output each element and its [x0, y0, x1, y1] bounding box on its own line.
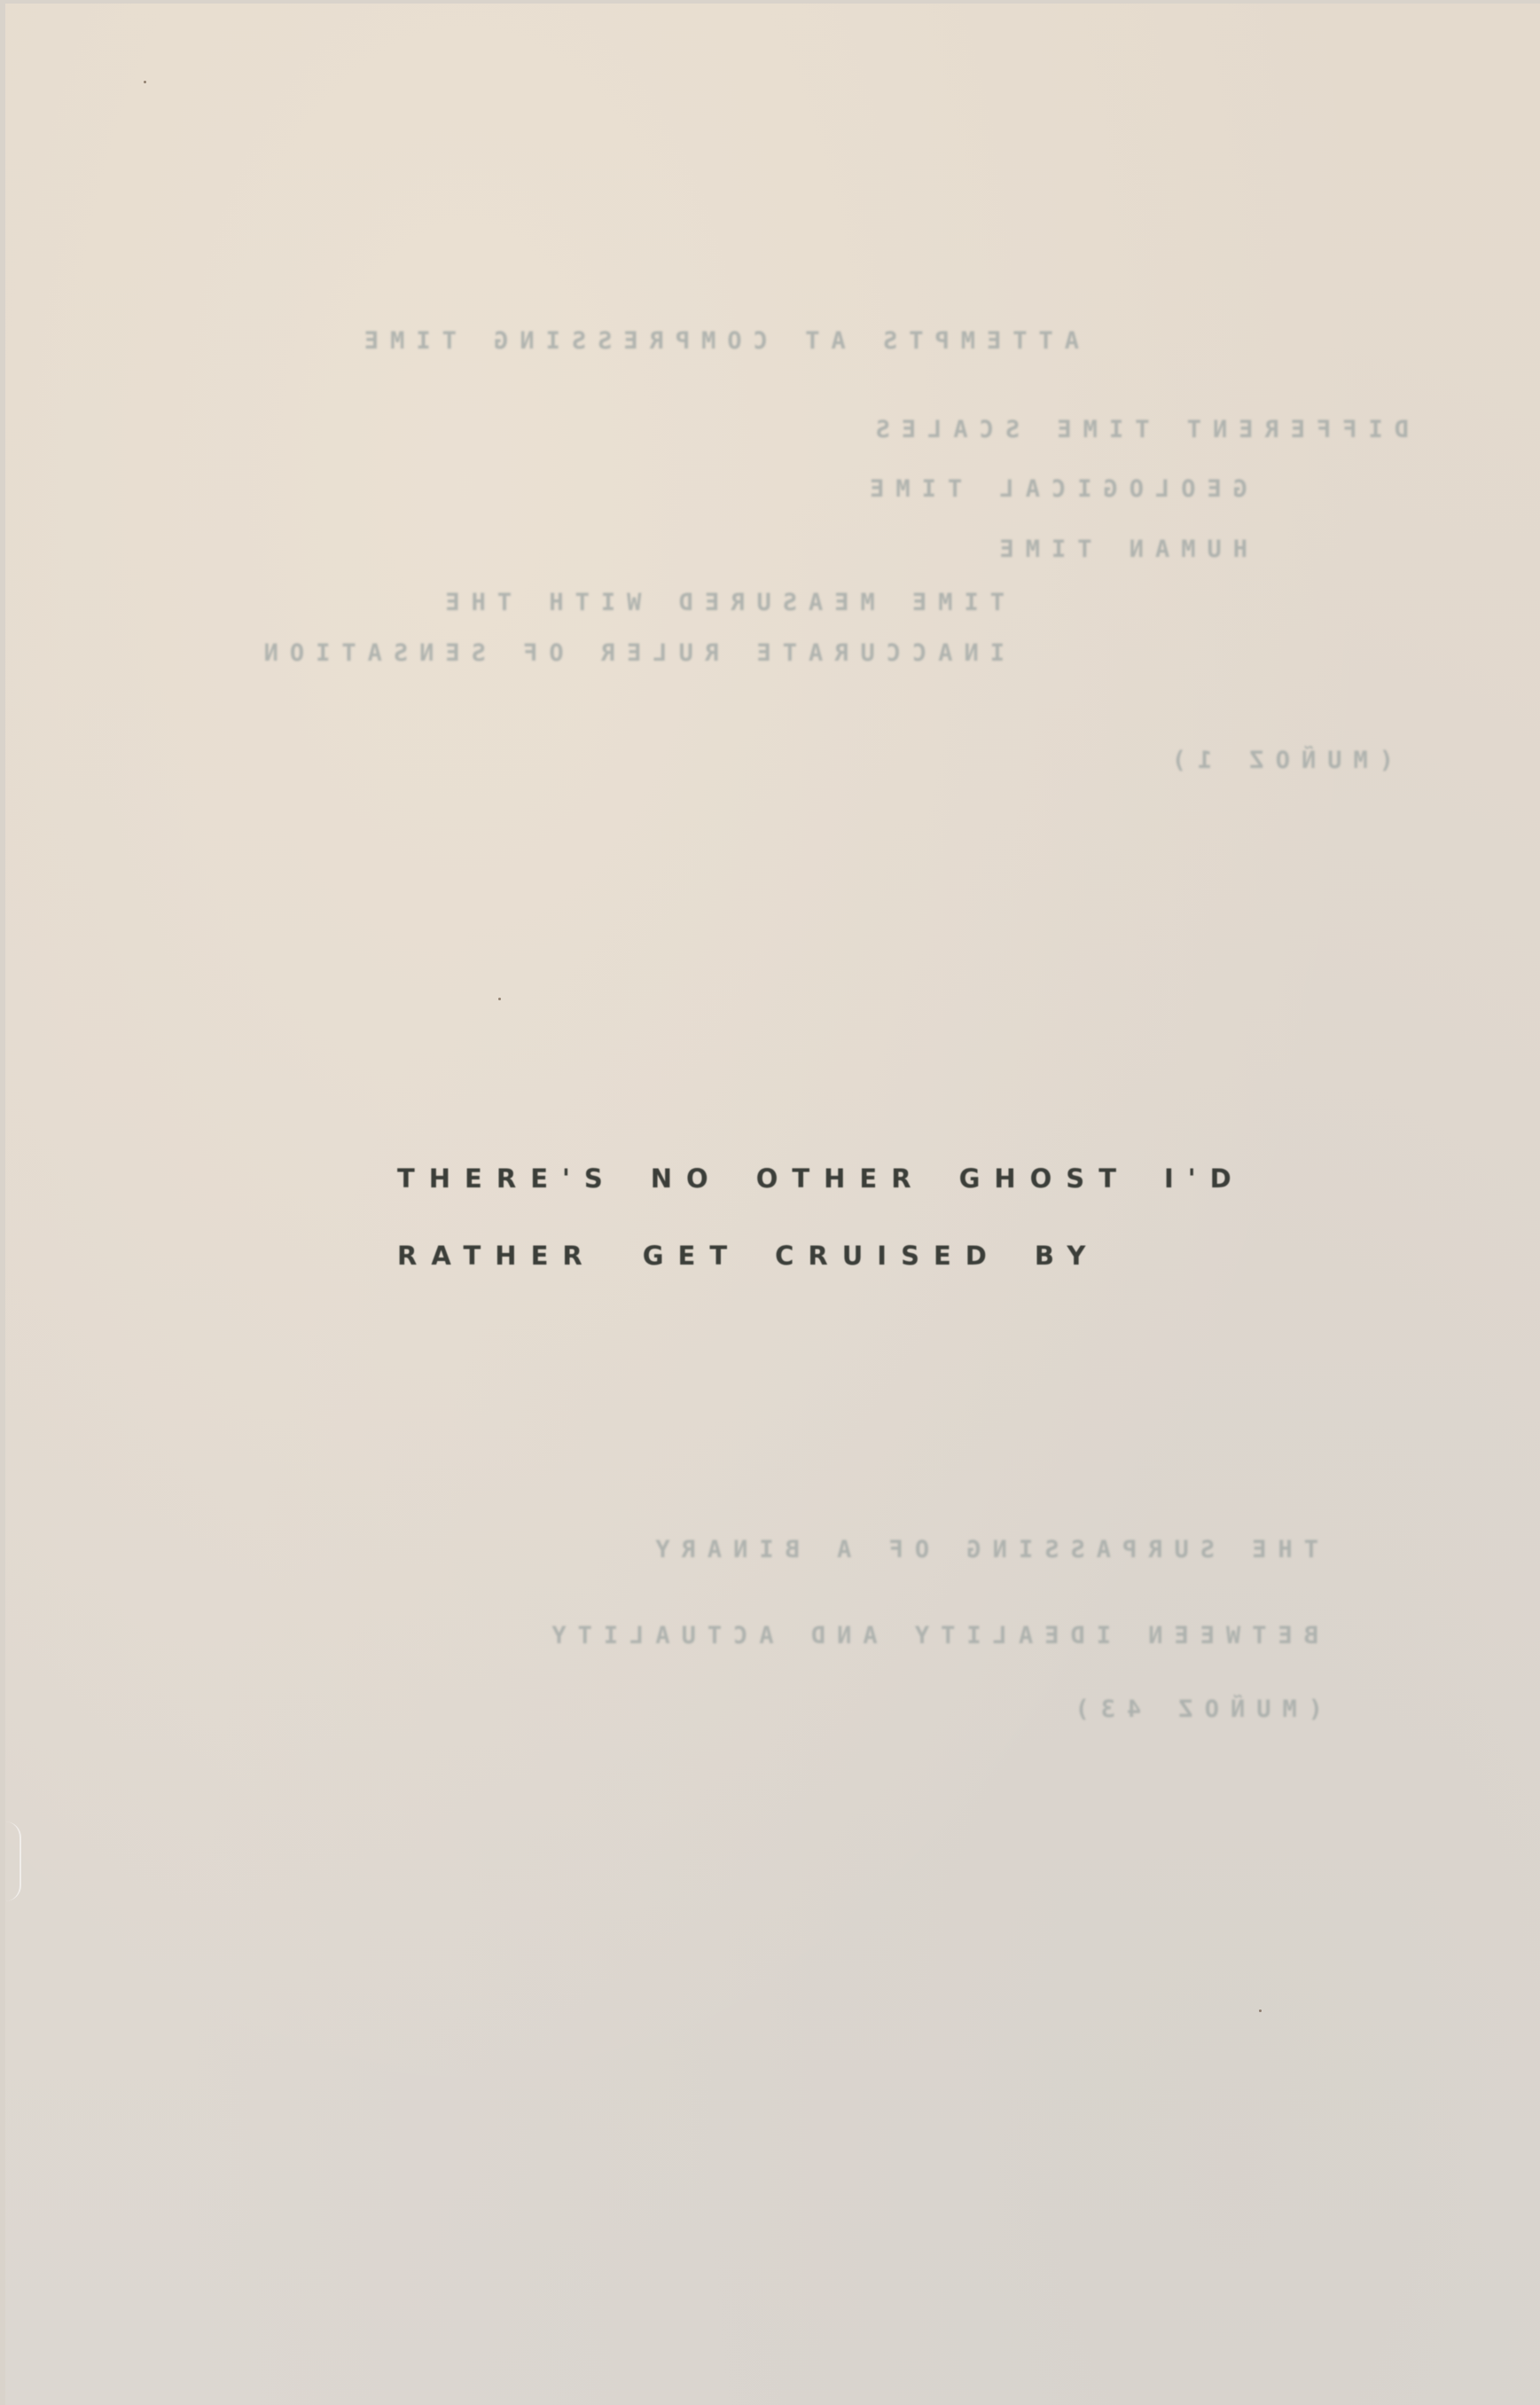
bleed-citation: (MUÑOZ 1)	[1161, 747, 1394, 774]
word: GHOST	[959, 1163, 1130, 1194]
bleed-line: INACCURATE RULER OF SENSATION	[253, 639, 1005, 667]
bleed-citation: (MUÑOZ 43)	[1063, 1696, 1323, 1723]
bleed-line: BETWEEN IDEALITY AND ACTUALITY	[254, 1622, 1318, 1649]
word: OTHER	[756, 1163, 926, 1194]
statement-line-1: THERE'SNOOTHERGHOSTI'D	[397, 1163, 1279, 1194]
statement-line-2: RATHERGETCRUISEDBY	[397, 1241, 1133, 1271]
word: RATHER	[397, 1241, 597, 1271]
bleed-line: THE SURPASSING OF A BINARY	[644, 1536, 1318, 1563]
bleed-line: TIME MEASURED WITH THE	[434, 589, 1005, 616]
bleed-title: ATTEMPTS AT COMPRESSING TIME	[353, 327, 1079, 355]
word: CRUISED	[775, 1241, 1001, 1271]
word: BY	[1035, 1241, 1100, 1271]
word: GET	[643, 1241, 741, 1271]
paper-sheet: ATTEMPTS AT COMPRESSING TIME DIFFERENT T…	[5, 4, 1540, 2405]
word: NO	[651, 1163, 723, 1194]
bleed-line: DIFFERENT TIME SCALES	[864, 416, 1409, 443]
word: THERE'S	[397, 1163, 617, 1194]
bleed-line: GEOLOGICAL TIME	[858, 475, 1247, 503]
bleed-through-layer: ATTEMPTS AT COMPRESSING TIME DIFFERENT T…	[5, 4, 1540, 2405]
word: I'D	[1164, 1163, 1246, 1194]
bleed-line: HUMAN TIME	[988, 536, 1247, 563]
